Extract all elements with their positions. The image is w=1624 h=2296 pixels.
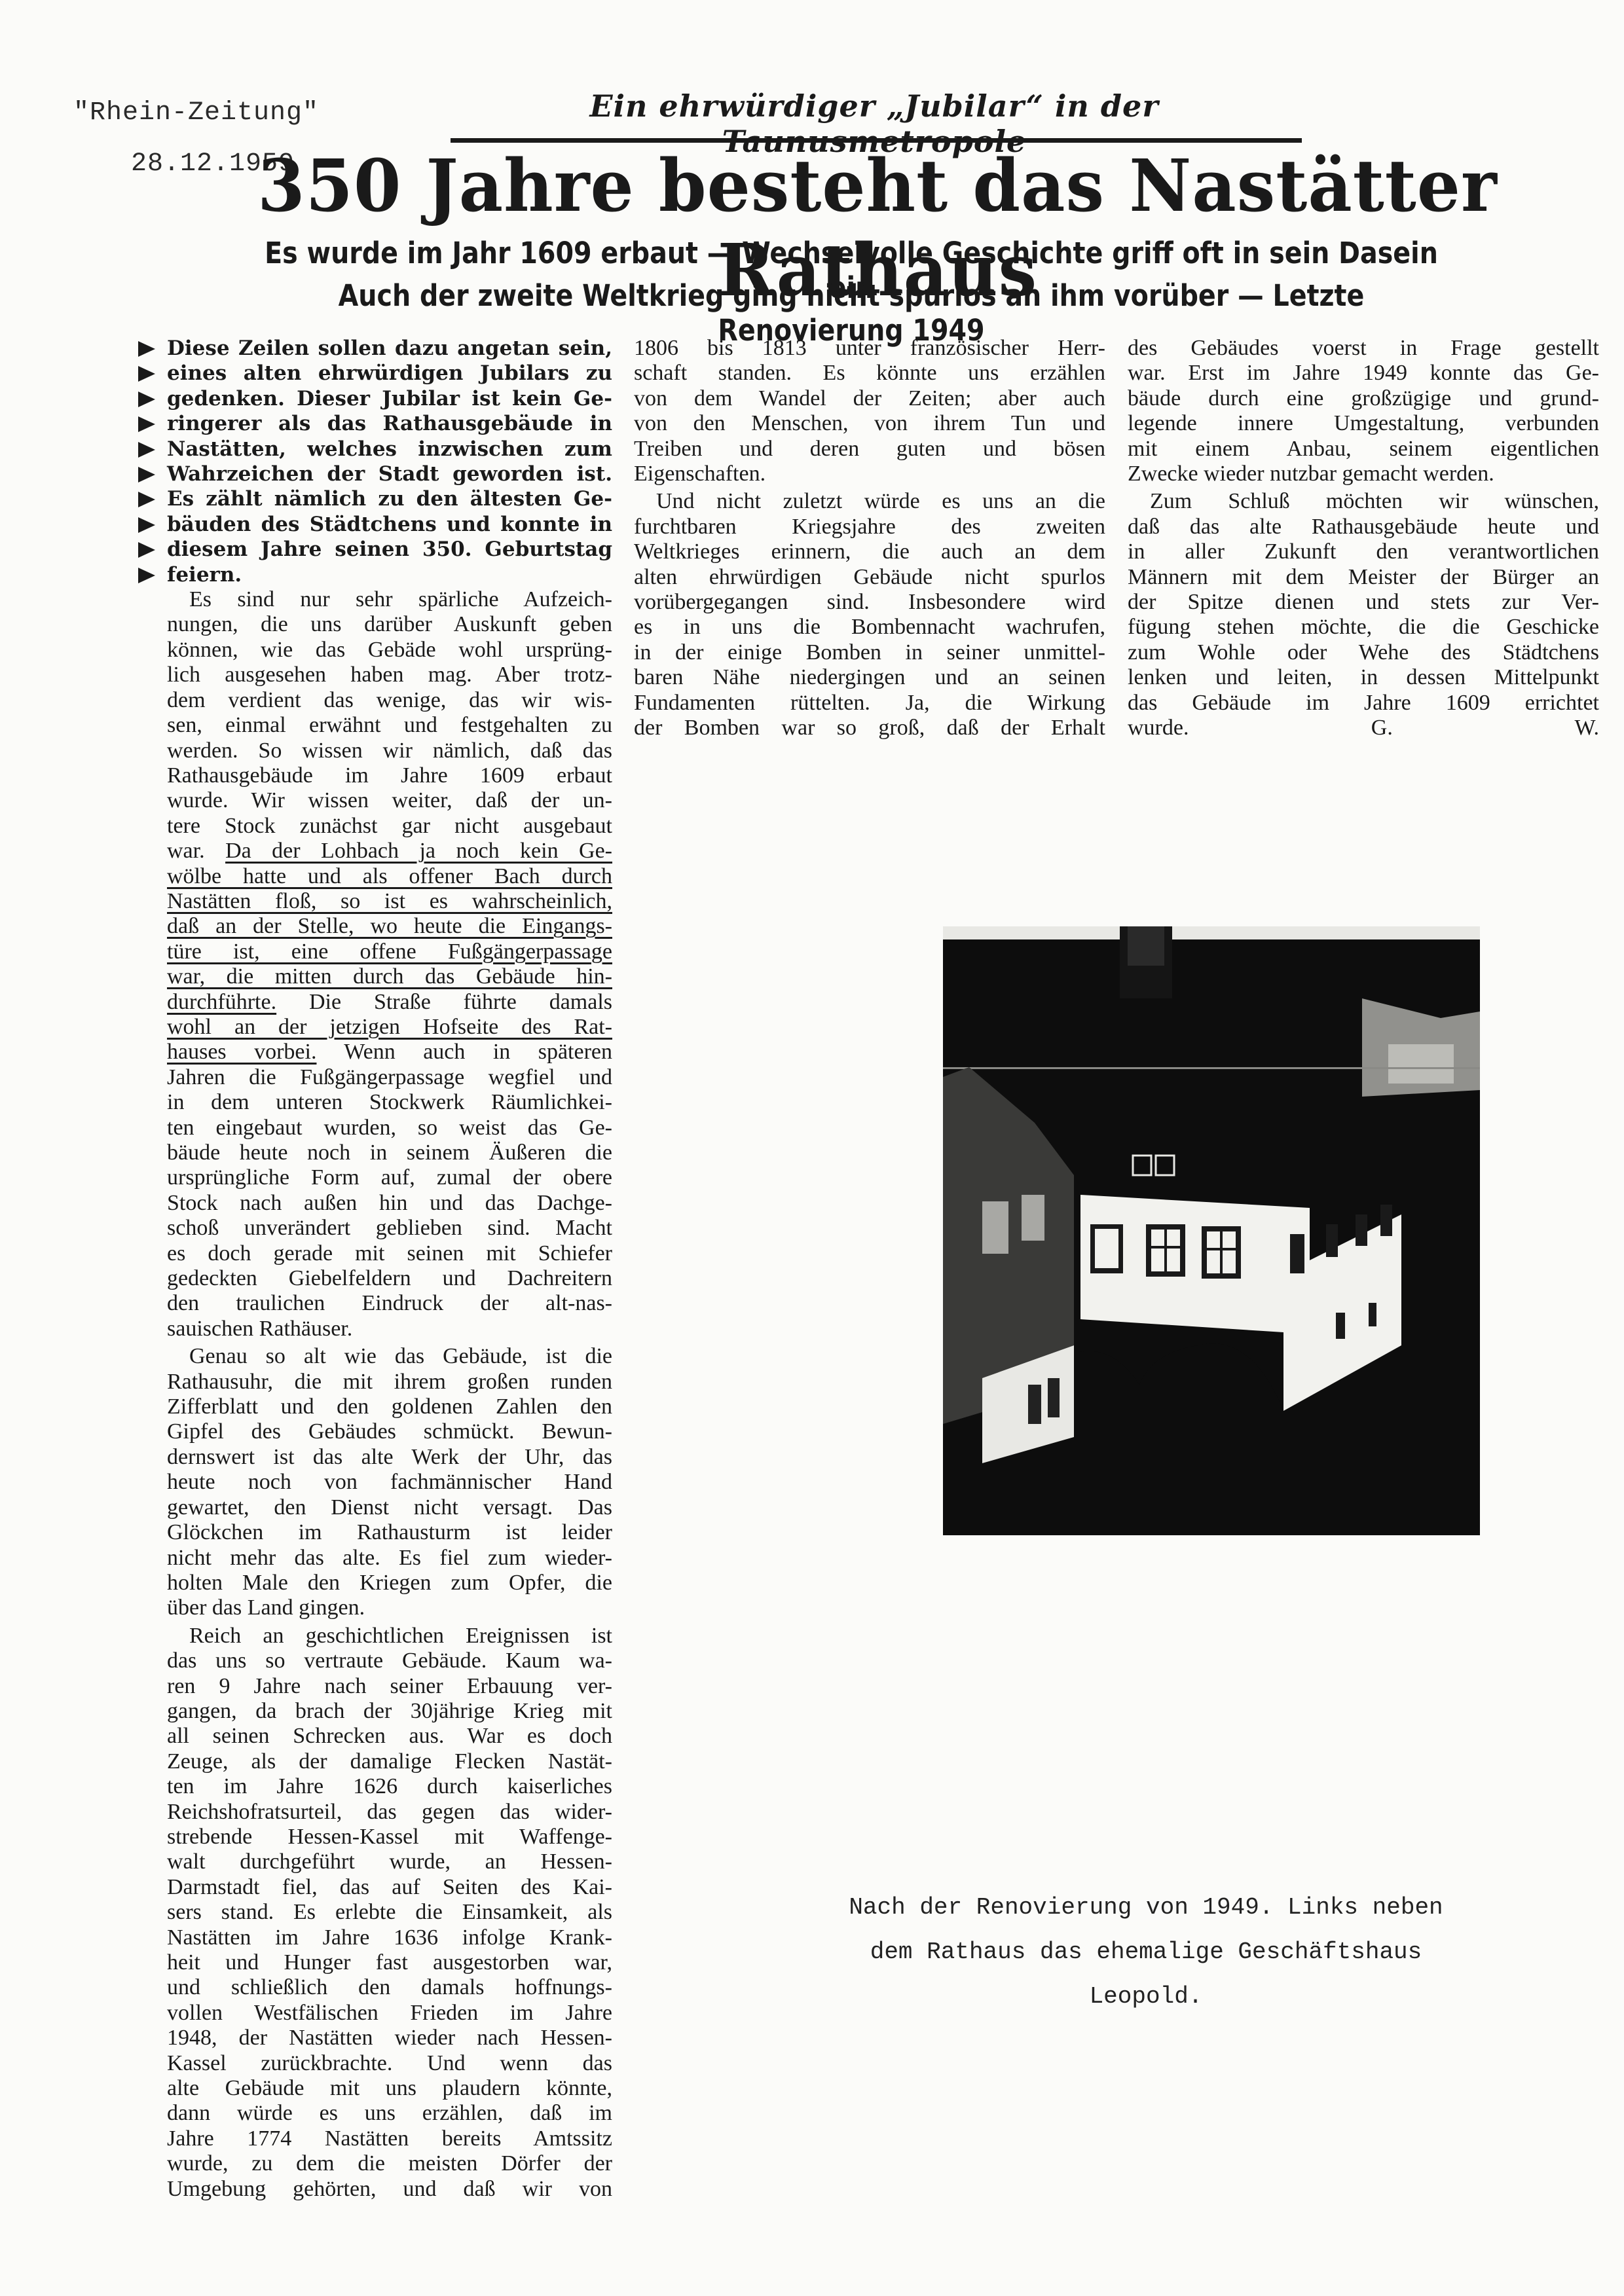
text-line: 1806 bis 1813 unter französischer Herr- [634,336,1105,361]
underlined-line: wölbe hatte und als offener Bach durch [167,864,612,889]
text-line: Nastätten im Jahre 1636 infolge Krank- [167,1925,612,1950]
lead-line: Es zählt nämlich zu den ältesten Ge- [167,486,612,511]
text-line: furchtbaren Kriegsjahre des zweiten [634,515,1105,539]
text-line: das uns so vertraute Gebäude. Kaum wa- [167,1649,612,1673]
text-line: sauischen Rathäuser. [167,1317,612,1341]
text-line: heit und Hunger fast ausgestorben war, [167,1950,612,1975]
text-line: der Bomben war so groß, daß der Erhalt [634,716,1105,740]
body-paragraph: 1806 bis 1813 unter französischer Herr- … [634,336,1105,486]
text-line: walt durchgeführt wurde, an Hessen- [167,1850,612,1874]
text-line: Jahre 1774 Nastätten bereits Amtssitz [167,2126,612,2151]
text-line: vollen Westfälischen Frieden im Jahre [167,2001,612,2026]
kicker-underline [451,138,1302,143]
text-line: bäude heute noch in seinem Äußeren die [167,1140,612,1165]
article-column-3: des Gebäudes voerst in Frage gestellt wa… [1128,336,1599,741]
caption-line: dem Rathaus das ehemalige Geschäftshaus [753,1930,1539,1975]
underlined-line: daß an der Stelle, wo heute die Eingangs… [167,914,612,939]
lead-line: Nastätten, welches inzwischen zum [167,437,612,462]
text-line: es in uns die Bombennacht wachrufen, [634,615,1105,640]
text-line: strebende Hessen-Kassel mit Waffenge- [167,1825,612,1850]
text-line: Jahren die Fußgängerpassage wegfiel und [167,1065,612,1090]
lead-line: Wahrzeichen der Stadt geworden ist. [167,462,612,486]
underlined-passage: durchführte. [167,990,276,1014]
text-line: dernswert ist das alte Werk der Uhr, das [167,1445,612,1470]
body-paragraph: Zum Schluß möchten wir wünschen, daß das… [1128,489,1599,740]
text-line: legende innere Umgestaltung, verbunden [1128,411,1599,436]
text-line: und schließlich den damals hoffnungs- [167,1975,612,2000]
lead-line: bäuden des Städtchens und konnte in [167,512,612,537]
text-line: vorübergegangen sind. Insbesondere wird [634,590,1105,615]
text-line: alte Gebäude mit uns plaudern könnte, [167,2076,612,2101]
text-line: Stock nach außen hin und das Dachge- [167,1191,612,1216]
lead-line: Diese Zeilen sollen dazu angetan sein, [167,336,612,361]
text-line: wurde. G. W. [1128,716,1599,740]
text-line: schaft standen. Es könnte uns erzählen [634,361,1105,386]
text-line: in dem unteren Stockwerk Räumlichkei- [167,1090,612,1115]
lead-line: gedenken. Dieser Jubilar ist kein Ge- [167,386,612,411]
underlined-line: Nastätten floß, so ist es wahrscheinlich… [167,889,612,914]
text-fragment: wurde. [1128,716,1189,740]
text-line: lich ausgesehen haben mag. Aber trotz- [167,663,612,687]
text-line: der Spitze dienen und stets zur Ver- [1128,590,1599,615]
photo-caption: Nach der Renovierung von 1949. Links neb… [753,1886,1539,2019]
text-line: wurde. Wir wissen weiter, daß der un- [167,788,612,813]
text-fragment: Die Straße führte damals [309,990,612,1014]
lead-line: diesem Jahre seinen 350. Geburtstag [167,537,612,562]
lead-line: ringerer als das Rathausgebäude in [167,411,612,436]
caption-line: Leopold. [753,1975,1539,2019]
text-line: das Gebäude im Jahre 1609 errichtet [1128,691,1599,716]
text-line: von dem Wandel der Zeiten; aber auch [634,386,1105,411]
text-line: Darmstadt fiel, das auf Seiten des Kai- [167,1875,612,1900]
text-line: werden. So wissen wir nämlich, daß das [167,738,612,763]
text-line: Gipfel des Gebäudes schmückt. Bewun- [167,1419,612,1444]
text-line: Zifferblatt und den goldenen Zahlen den [167,1394,612,1419]
text-line: Zwecke wieder nutzbar gemacht werden. [1128,462,1599,486]
text-line: können, wie das Gebäde wohl ursprüng- [167,638,612,663]
newspaper-source: "Rhein-Zeitung" [73,98,319,128]
text-line: alten ehrwürdigen Gebäude nicht spurlos [634,565,1105,590]
text-line: in der einige Bomben in seiner unmittel- [634,640,1105,665]
text-line: ten eingebaut wurden, so weist das Ge- [167,1116,612,1140]
text-line: ursprüngliche Form auf, zumal der obere [167,1165,612,1190]
text-line: nicht mehr das alte. Es fiel zum wieder- [167,1546,612,1571]
text-line: gedeckten Giebelfeldern und Dachreitern [167,1266,612,1291]
underlined-line: war, die mitten durch das Gebäude hin- [167,964,612,989]
text-line: Reich an geschichtlichen Ereignissen ist [167,1624,612,1649]
text-line: Zum Schluß möchten wir wünschen, [1128,489,1599,514]
text-line: Genau so alt wie das Gebäude, ist die [167,1344,612,1369]
text-fragment: war. [167,839,205,863]
text-line: ten im Jahre 1626 durch kaiserliches [167,1774,612,1799]
text-line: Und nicht zuletzt würde es uns an die [634,489,1105,514]
text-line: es doch gerade mit seinen mit Schiefer [167,1241,612,1266]
text-line: Reichshofratsurteil, das gegen das wider… [167,1800,612,1825]
text-line: Rathausuhr, die mit ihrem großen runden [167,1370,612,1394]
lead-line: eines alten ehrwürdigen Jubilars zu [167,361,612,386]
text-line: des Gebäudes voerst in Frage gestellt [1128,336,1599,361]
text-line: Weltkrieges erinnern, die auch an dem [634,539,1105,564]
town-hall-illustration [943,926,1480,1535]
body-paragraph: des Gebäudes voerst in Frage gestellt wa… [1128,336,1599,486]
text-line: Männern mit dem Meister der Bürger an [1128,565,1599,590]
text-line: bäude durch eine großzügige und grund- [1128,386,1599,411]
text-line: holten Male den Kriegen zum Opfer, die [167,1571,612,1595]
text-line: Treiben und deren guten und bösen [634,437,1105,462]
text-line: Eigenschaften. [634,462,1105,486]
text-line: baren Nähe niedergingen und an seinen [634,665,1105,690]
text-line: sen, einmal erwähnt und festgehalten zu [167,713,612,738]
text-line: dann würde es uns erzählen, daß im [167,2101,612,2126]
text-fragment: Wenn auch in späteren [344,1040,612,1064]
text-line: tere Stock zunächst gar nicht ausgebaut [167,814,612,839]
underlined-passage: hauses vorbei. [167,1040,316,1064]
text-line: Glöckchen im Rathausturm ist leider [167,1520,612,1545]
text-line: dem verdient das wenige, das wir wis- [167,688,612,713]
text-line: in aller Zukunft den verantwortlichen [1128,539,1599,564]
underlined-line: wohl an der jetzigen Hofseite des Rat- [167,1015,612,1040]
text-line: schoß unverändert geblieben sind. Macht [167,1216,612,1241]
text-line: fügung stehen möchte, die die Geschicke [1128,615,1599,640]
lead-paragraph: Diese Zeilen sollen dazu angetan sein, e… [167,336,612,587]
text-line: heute noch von fachmännischer Hand [167,1470,612,1495]
text-line: ren 9 Jahre nach seiner Erbauung ver- [167,1674,612,1699]
text-line: gewartet, den Dienst nicht versagt. Das [167,1495,612,1520]
text-line: gangen, da brach der 30jährige Krieg mit [167,1699,612,1724]
underlined-passage: Da der Lohbach ja noch kein Ge- [225,839,612,863]
text-line: Kassel zurückbrachte. Und wenn das [167,2051,612,2076]
text-line: mit einem Anbau, seinem eigentlichen [1128,437,1599,462]
body-paragraph: Und nicht zuletzt würde es uns an die fu… [634,489,1105,740]
text-line: Fundamenten rüttelten. Ja, die Wirkung [634,691,1105,716]
underlined-line: türe ist, eine offene Fußgängerpassage [167,939,612,964]
text-line: sers stand. Es erlebte die Einsamkeit, a… [167,1900,612,1925]
author-signature: G. W. [1371,716,1599,740]
text-line: Zeuge, als der damalige Flecken Nastät- [167,1749,612,1774]
text-line: hauses vorbei. Wenn auch in späteren [167,1040,612,1065]
text-line: war. Da der Lohbach ja noch kein Ge- [167,839,612,864]
text-line: 1948, der Nastätten wieder nach Hessen- [167,2026,612,2050]
article-column-2: 1806 bis 1813 unter französischer Herr- … [634,336,1105,741]
body-paragraph: Genau so alt wie das Gebäude, ist die Ra… [167,1344,612,1620]
text-line: war. Erst im Jahre 1949 konnte das Ge- [1128,361,1599,386]
text-line: durchführte. Die Straße führte damals [167,990,612,1015]
text-line: zum Wohle oder Wehe des Städtchens [1128,640,1599,665]
text-line: all seinen Schrecken aus. War es doch [167,1724,612,1749]
article-column-1: Diese Zeilen sollen dazu angetan sein, e… [167,336,612,2202]
caption-line: Nach der Renovierung von 1949. Links neb… [753,1886,1539,1930]
text-line: Umgebung gehörten, und daß wir von [167,2177,612,2202]
text-line: nungen, die uns darüber Auskunft geben [167,612,612,637]
text-line: den traulichen Eindruck der alt-nas- [167,1291,612,1316]
town-hall-photo [943,926,1480,1535]
text-line: Rathausgebäude im Jahre 1609 erbaut [167,763,612,788]
lead-line: feiern. [167,562,612,587]
text-line: von den Menschen, von ihrem Tun und [634,411,1105,436]
text-line: über das Land gingen. [167,1595,612,1620]
body-paragraph: Es sind nur sehr spärliche Aufzeich- nun… [167,587,612,1341]
body-paragraph: Reich an geschichtlichen Ereignissen ist… [167,1624,612,2202]
text-line: lenken und leiten, in dessen Mittelpunkt [1128,665,1599,690]
text-line: Es sind nur sehr spärliche Aufzeich- [167,587,612,612]
text-line: daß das alte Rathausgebäude heute und [1128,515,1599,539]
text-line: wurde, zu dem die meisten Dörfer der [167,2151,612,2176]
